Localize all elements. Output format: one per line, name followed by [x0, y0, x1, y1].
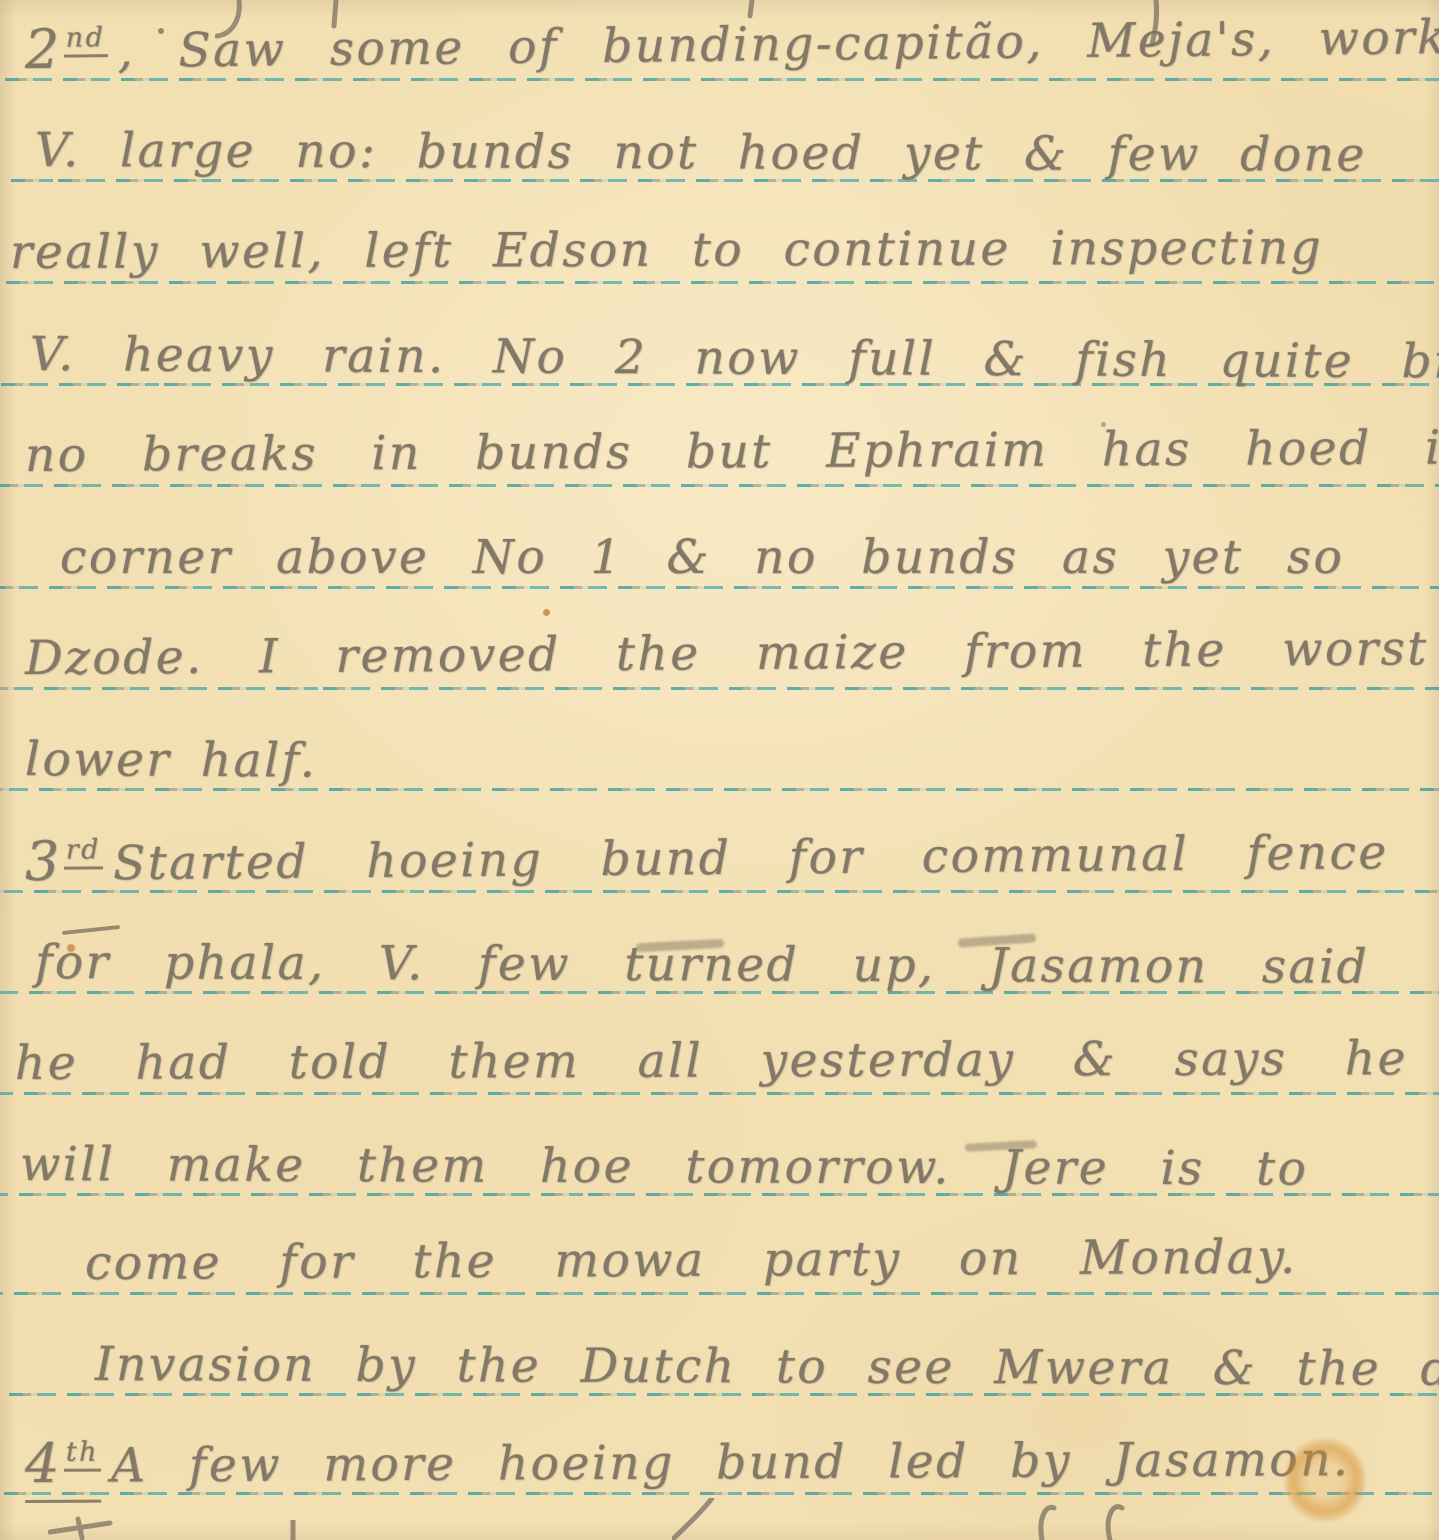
- line-text: really well, left Edson to continue insp…: [10, 220, 1323, 280]
- partial-stroke-bottom-2: [286, 1520, 300, 1540]
- stain-mark: [1285, 1438, 1365, 1522]
- handwritten-line-5: no breaks in bunds but Ephraim has hoed …: [25, 418, 1439, 486]
- handwritten-line-15: 4thA few more hoeing bund led by Jasamon…: [25, 1427, 1351, 1503]
- day-number: 3: [25, 830, 62, 893]
- handwritten-line-2: V. large no: bunds not hoed yet & few do…: [35, 121, 1367, 186]
- handwritten-line-11: he had told them all yesterday & says he: [15, 1029, 1408, 1094]
- line-text: he had told them all yesterday & says he: [15, 1031, 1408, 1091]
- line-text: lower half.: [25, 732, 318, 789]
- line-text: Dzode. I removed the maize from the wors…: [25, 621, 1429, 686]
- line-text: Started hoeing bund for communal fence: [113, 825, 1389, 891]
- handwritten-line-6: corner above No 1 & no bunds as yet so: [60, 528, 1344, 588]
- partial-stroke-top-2: [328, 0, 344, 30]
- paper-speck: [1101, 422, 1106, 427]
- diary-page: 2nd, Saw some of bunding-capitão, Meja's…: [0, 0, 1439, 1540]
- line-text: no breaks in bunds but Ephraim has hoed …: [25, 420, 1439, 483]
- day-suffix: rd: [64, 835, 104, 870]
- day-number: 4: [25, 1432, 62, 1495]
- paper-speck: [158, 28, 164, 34]
- line-text: will make them hoe tomorrow. Jere is to: [20, 1137, 1309, 1196]
- paper-speck: [67, 944, 75, 952]
- handwritten-line-4: V. heavy rain. No 2 now full & fish quit…: [30, 325, 1439, 393]
- partial-stroke-top-4: [1148, 0, 1166, 48]
- partial-stroke-top-3: [745, 0, 759, 20]
- partial-stroke-bottom-1: [48, 1516, 148, 1540]
- line-text: A few more hoeing bund led by Jasamon.: [111, 1432, 1351, 1493]
- line-text: Invasion by the Dutch to see Mwera & the…: [95, 1337, 1439, 1397]
- line-text: , Saw some of bunding-capitão, Meja's, w…: [117, 10, 1439, 79]
- paper-speck: [543, 609, 550, 616]
- day-suffix: th: [64, 1437, 101, 1472]
- partial-stroke-bottom-4: [1030, 1502, 1140, 1540]
- handwritten-line-8: lower half.: [25, 730, 318, 792]
- partial-stroke-bottom-3: [672, 1498, 718, 1540]
- day-token: 2nd: [25, 19, 108, 83]
- line-text: V. heavy rain. No 2 now full & fish quit…: [30, 327, 1439, 390]
- handwritten-line-3: really well, left Edson to continue insp…: [10, 218, 1323, 283]
- day-suffix: nd: [64, 22, 108, 57]
- handwritten-line-13: come for the mowa party on Monday.: [85, 1228, 1298, 1294]
- day-token: 4th: [25, 1434, 101, 1503]
- day-number: 2: [25, 18, 63, 81]
- line-text: corner above No 1 & no bunds as yet so: [60, 530, 1344, 585]
- handwritten-line-14: Invasion by the Dutch to see Mwera & the…: [95, 1335, 1439, 1400]
- day-token: 3rd: [25, 831, 104, 895]
- handwritten-line-12: will make them hoe tomorrow. Jere is to: [20, 1135, 1309, 1199]
- line-text: come for the mowa party on Monday.: [85, 1230, 1298, 1291]
- handwritten-line-9: 3rdStarted hoeing bund for communal fenc…: [25, 820, 1389, 895]
- handwritten-line-7: Dzode. I removed the maize from the wors…: [25, 619, 1429, 689]
- line-text: V. large no: bunds not hoed yet & few do…: [35, 123, 1367, 183]
- partial-stroke-top-1: [215, 0, 255, 44]
